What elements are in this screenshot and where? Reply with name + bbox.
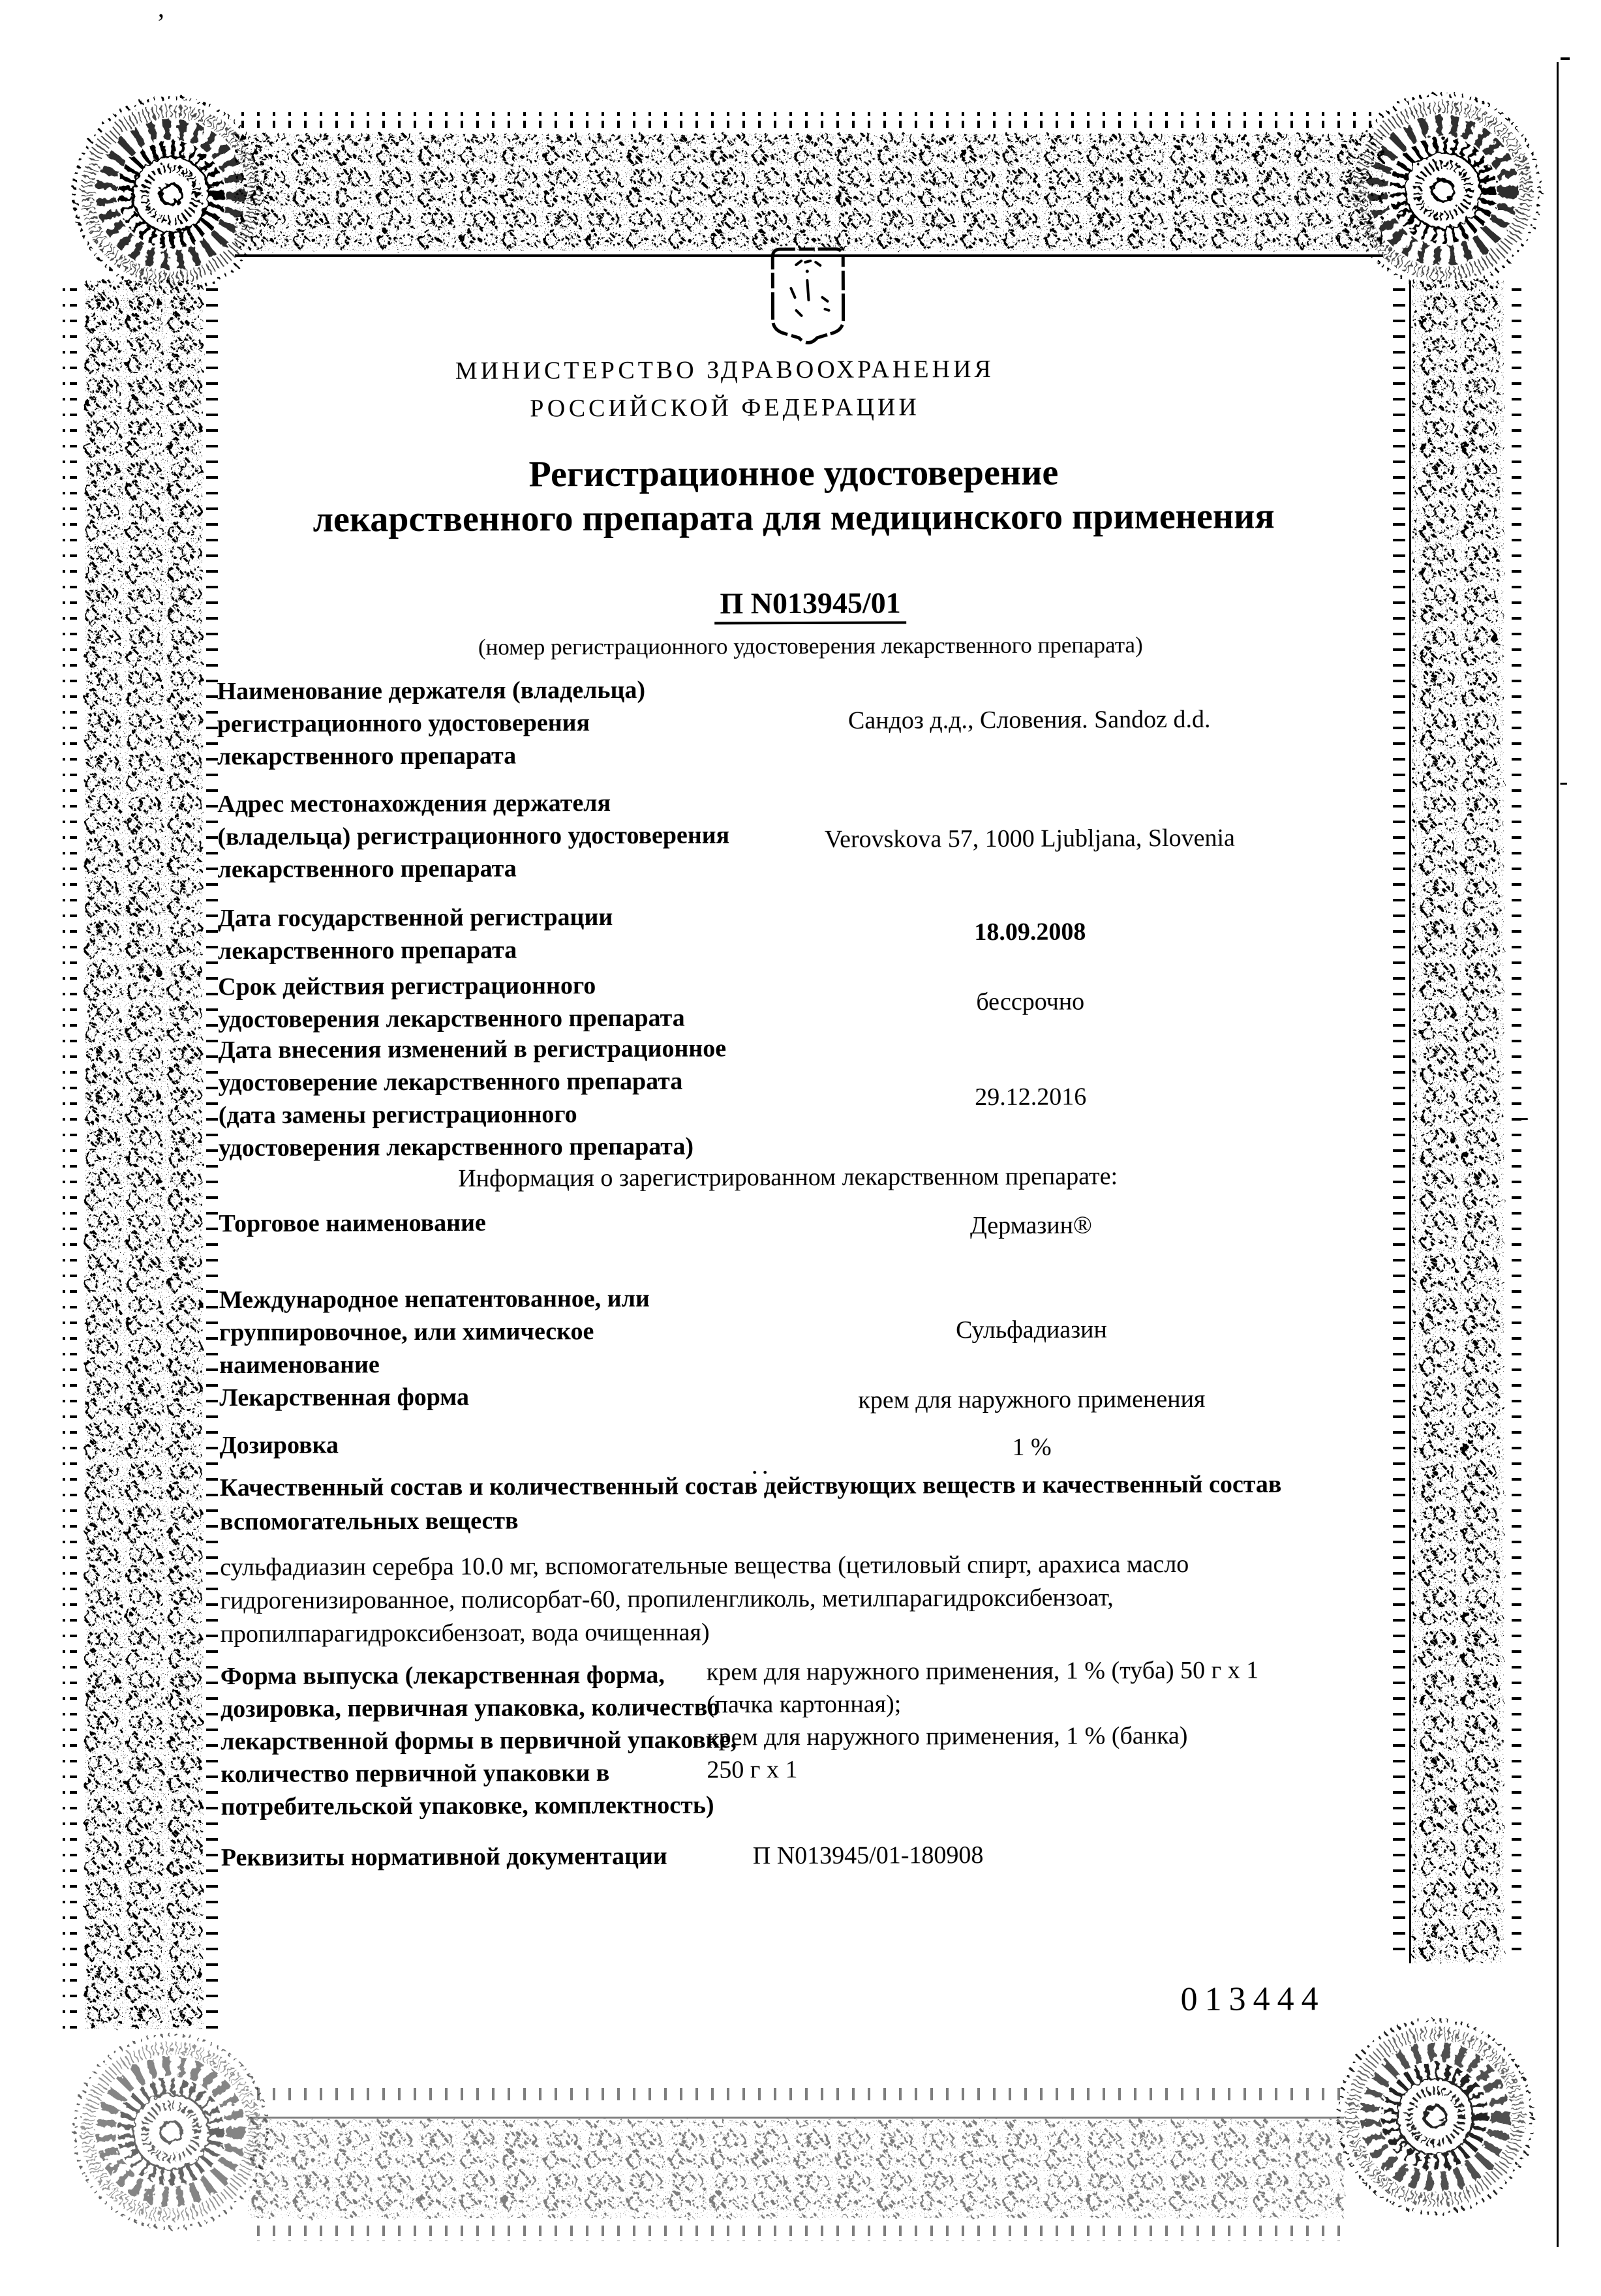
certificate-page: ’ - - .. МИНИСТЕРСТВО ЗДРАВООХРАНЕНИЯ РО… [0, 0, 1601, 2296]
field-row-registration-date: Дата государственной регистрации лекарст… [218, 898, 1366, 902]
field-value: Сульфадиазин [705, 1312, 1358, 1347]
field-label: Наименование держателя (владельца) регис… [217, 673, 739, 773]
composition-text: сульфадиазин серебра 10.0 мг, вспомогате… [220, 1548, 1251, 1652]
field-label: Форма выпуска (лекарственная форма, дози… [221, 1658, 743, 1823]
title-line1: Регистрационное удостоверение [219, 449, 1367, 498]
document-title: Регистрационное удостоверение лекарствен… [219, 449, 1367, 542]
field-label: Торговое наименование [219, 1205, 740, 1240]
field-value: Verovskova 57, 1000 Ljubljana, Slovenia [703, 821, 1356, 856]
field-value: П N013945/01-180908 [753, 1837, 1340, 1872]
field-row-validity: Срок действия регистрационного удостовер… [218, 967, 1366, 971]
scan-artifact: ’ [157, 7, 165, 38]
field-value: 18.09.2008 [704, 914, 1356, 949]
field-row-inn: Международное непатентованное, или групп… [219, 1280, 1367, 1284]
field-row-trade-name: Торговое наименование Дермазин® [219, 1203, 1367, 1207]
field-label: Международное непатентованное, или групп… [219, 1282, 742, 1382]
field-label: Дата государственной регистрации лекарст… [218, 900, 740, 967]
info-heading: Информация о зарегистрированном лекарств… [219, 1159, 1357, 1196]
field-value: крем для наружного применения [705, 1382, 1358, 1417]
title-line2: лекарственного препарата для медицинског… [220, 494, 1368, 542]
registration-number: П N013945/01 [714, 585, 906, 624]
field-row-address: Адрес местонахождения держателя (владель… [217, 784, 1365, 788]
field-value: бессрочно [704, 984, 1356, 1019]
registration-number-block: П N013945/01 (номер регистрационного удо… [226, 584, 1394, 661]
ministry-name: МИНИСТЕРСТВО ЗДРАВООХРАНЕНИЯ РОССИЙСКОЙ … [160, 349, 1289, 429]
scan-artifact: - [1559, 766, 1568, 796]
field-label: Адрес местонахождения держателя (владель… [217, 786, 740, 886]
ministry-line2: РОССИЙСКОЙ ФЕДЕРАЦИИ [160, 387, 1289, 429]
field-value: 1 % [706, 1430, 1358, 1464]
field-value: Дермазин® [705, 1208, 1357, 1243]
composition-heading: Качественный состав и количественный сос… [220, 1467, 1329, 1539]
field-label: Дозировка [219, 1427, 741, 1462]
field-label: Лекарственная форма [219, 1380, 741, 1414]
field-row-release-form: Форма выпуска (лекарственная форма, дози… [221, 1656, 1369, 1660]
field-label: Реквизиты нормативной документации [221, 1839, 743, 1874]
field-label: Дата внесения изменений в регистрационно… [218, 1032, 740, 1164]
field-row-dosage: Дозировка 1 % [219, 1425, 1367, 1429]
registration-number-note: (номер регистрационного удостоверения ле… [226, 631, 1394, 661]
field-value: Сандоз д.д., Словения. Sandoz d.d. [703, 702, 1356, 737]
field-label: Срок действия регистрационного удостовер… [218, 969, 740, 1036]
field-row-holder: Наименование держателя (владельца) регис… [217, 671, 1365, 675]
coat-of-arms-icon [763, 243, 853, 355]
scan-artifact: - [1520, 1101, 1529, 1132]
ministry-line1: МИНИСТЕРСТВО ЗДРАВООХРАНЕНИЯ [160, 349, 1289, 391]
field-value: 29.12.2016 [705, 1080, 1357, 1114]
serial-number: 013444 [1180, 1980, 1325, 2019]
field-value: крем для наружного применения, 1 % (туба… [707, 1654, 1360, 1786]
field-row-normative-docs: Реквизиты нормативной документации П N01… [221, 1837, 1369, 1841]
